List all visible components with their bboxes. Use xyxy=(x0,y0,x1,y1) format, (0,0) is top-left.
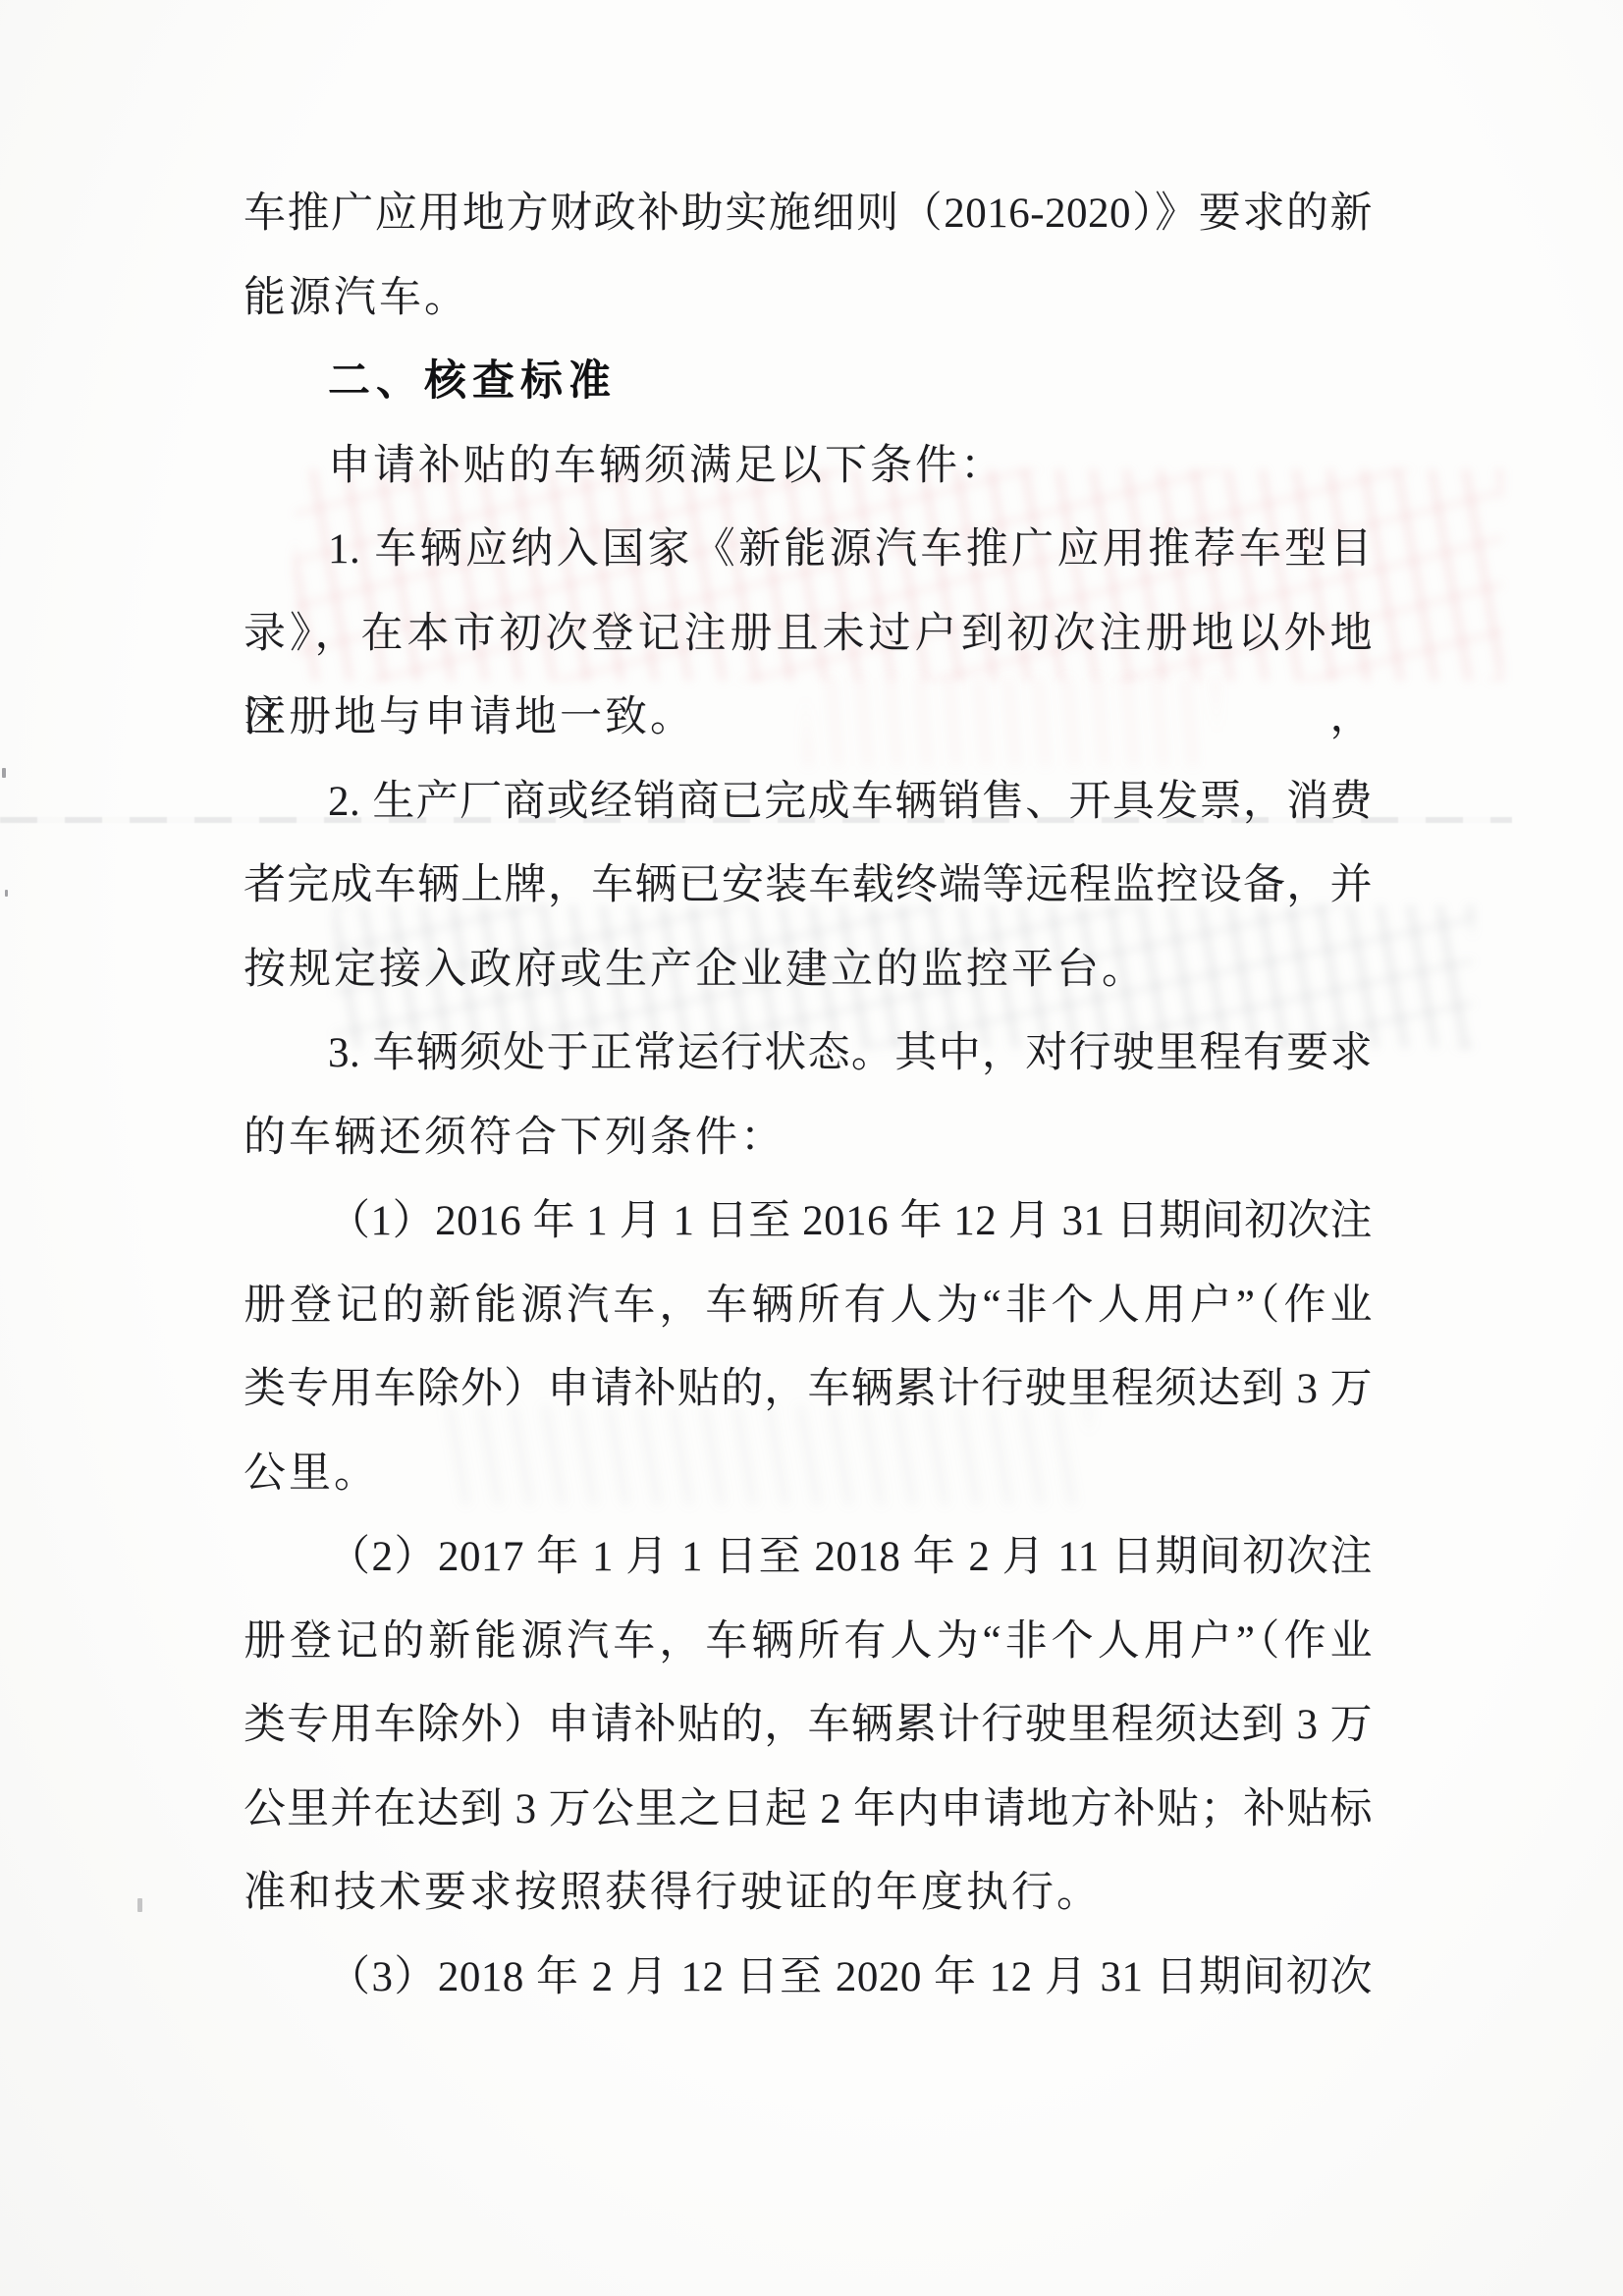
text-line: （1）2016 年 1 月 1 日至 2016 年 12 月 31 日期间初次注 xyxy=(243,1179,1373,1264)
text-line: 册登记的新能源汽车，车辆所有人为“非个人用户”（作业 xyxy=(243,1264,1373,1348)
text-line: 类专用车除外）申请补贴的，车辆累计行驶里程须达到 3 万 xyxy=(243,1683,1373,1768)
text-line: 1. 车辆应纳入国家《新能源汽车推广应用推荐车型目 xyxy=(243,508,1373,592)
text-line: 者完成车辆上牌，车辆已安装车载终端等远程监控设备，并 xyxy=(243,844,1373,928)
text-line: 车推广应用地方财政补助实施细则（2016-2020）》要求的新 xyxy=(243,172,1373,256)
text-line: 3. 车辆须处于正常运行状态。其中，对行驶里程有要求 xyxy=(243,1011,1373,1096)
scan-speck xyxy=(137,1898,142,1912)
text-line: 申请补贴的车辆须满足以下条件： xyxy=(243,424,1373,509)
text-line: （2）2017 年 1 月 1 日至 2018 年 2 月 11 日期间初次注 xyxy=(243,1515,1373,1600)
text-line: 的车辆还须符合下列条件： xyxy=(243,1096,1373,1180)
text-line: 2. 生产厂商或经销商已完成车辆销售、开具发票，消费 xyxy=(243,760,1373,845)
text-line: 公里并在达到 3 万公里之日起 2 年内申请地方补贴；补贴标 xyxy=(243,1768,1373,1852)
text-line: 能源汽车。 xyxy=(243,256,1373,341)
text-line: 公里。 xyxy=(243,1432,1373,1516)
text-line: （3）2018 年 2 月 12 日至 2020 年 12 月 31 日期间初次 xyxy=(243,1936,1373,2020)
text-line: 类专用车除外）申请补贴的，车辆累计行驶里程须达到 3 万 xyxy=(243,1347,1373,1432)
scanned-document-page: 车推广应用地方财政补助实施细则（2016-2020）》要求的新能源汽车。二、核查… xyxy=(0,0,1623,2296)
section-heading: 二、核查标准 xyxy=(243,340,1373,424)
text-line: 按规定接入政府或生产企业建立的监控平台。 xyxy=(243,928,1373,1012)
text-line: 册登记的新能源汽车，车辆所有人为“非个人用户”（作业 xyxy=(243,1600,1373,1684)
text-line: 录》，在本市初次登记注册且未过户到初次注册地以外地区， xyxy=(243,592,1373,677)
document-text: 车推广应用地方财政补助实施细则（2016-2020）》要求的新能源汽车。二、核查… xyxy=(243,172,1373,2019)
scan-speck xyxy=(5,890,8,897)
scan-speck xyxy=(2,768,6,778)
text-line: 准和技术要求按照获得行驶证的年度执行。 xyxy=(243,1851,1373,1936)
